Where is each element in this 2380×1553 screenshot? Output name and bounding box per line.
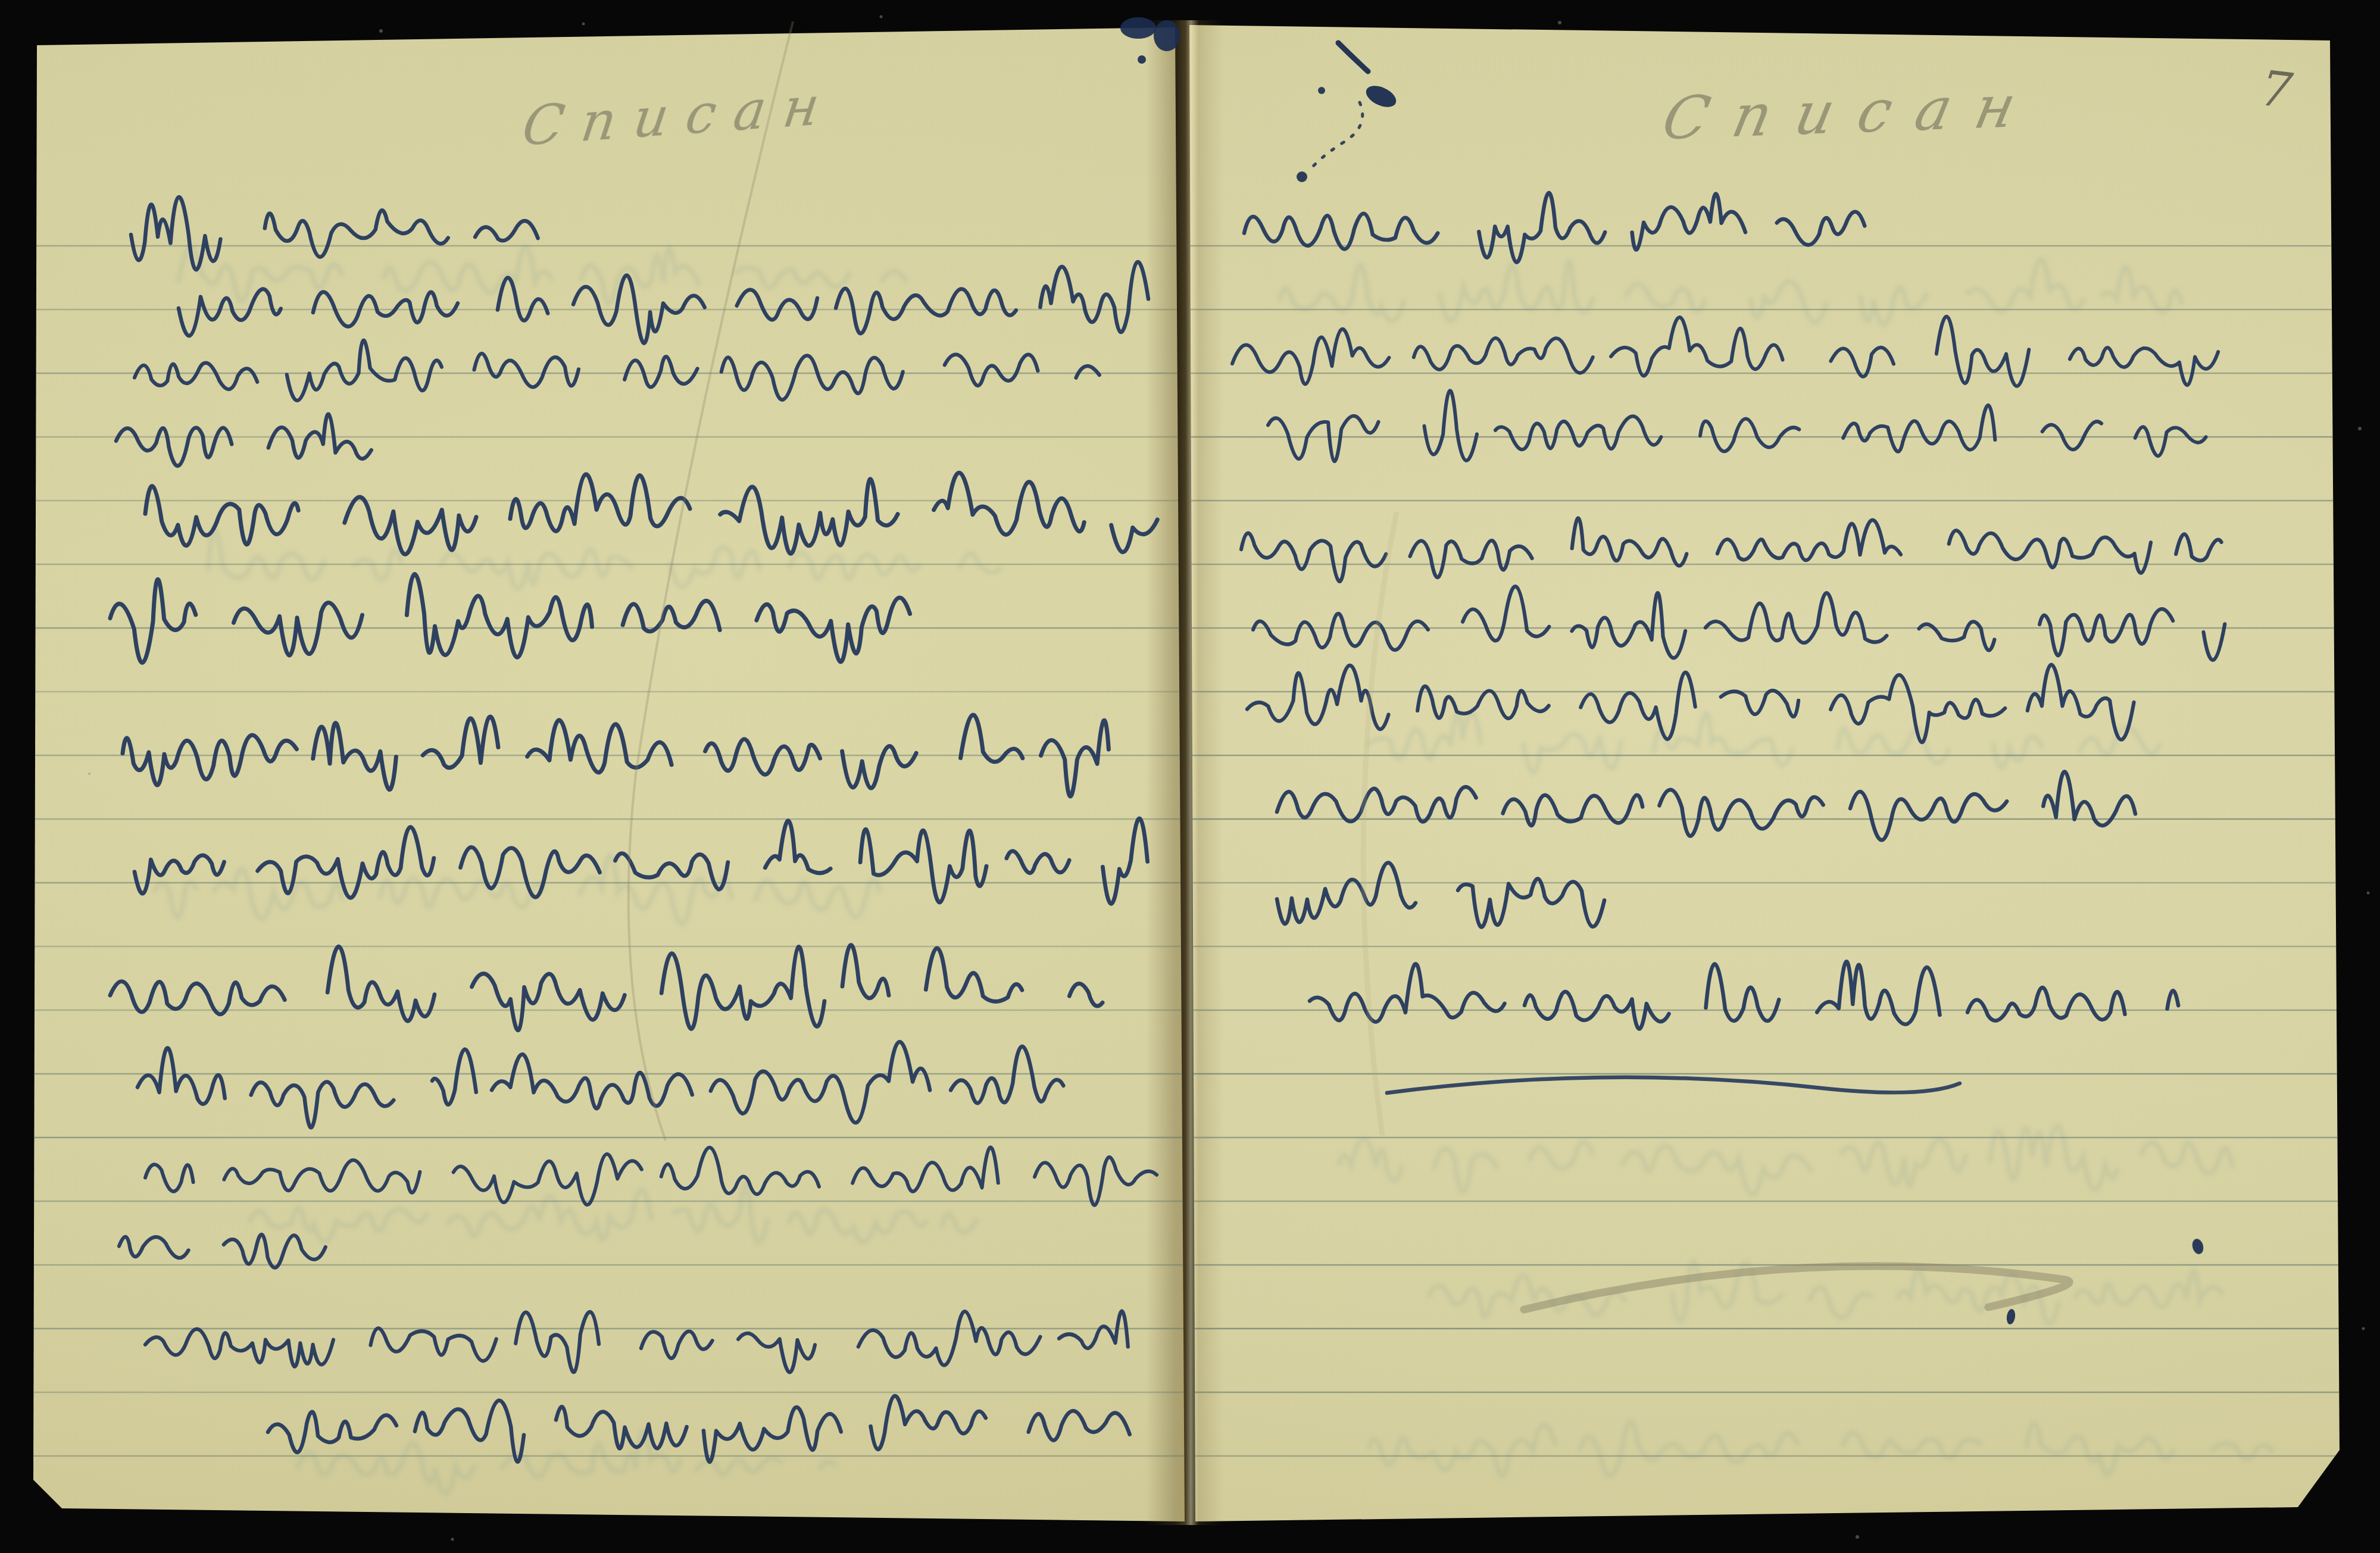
dust-speck xyxy=(582,23,585,26)
dust-speck xyxy=(379,29,383,33)
scanned-notebook-spread: Списан Списан 7 xyxy=(0,0,2380,1553)
dust-speck xyxy=(2358,427,2362,430)
dust-speck xyxy=(880,15,883,18)
dust-speck xyxy=(451,1538,454,1541)
dust-speck xyxy=(1856,1535,1859,1539)
dust-speck xyxy=(2367,892,2370,895)
dust-speck xyxy=(2362,1327,2365,1330)
pencil-annotation-right: Списан xyxy=(1657,72,2047,154)
dust-speck xyxy=(1558,21,1561,24)
